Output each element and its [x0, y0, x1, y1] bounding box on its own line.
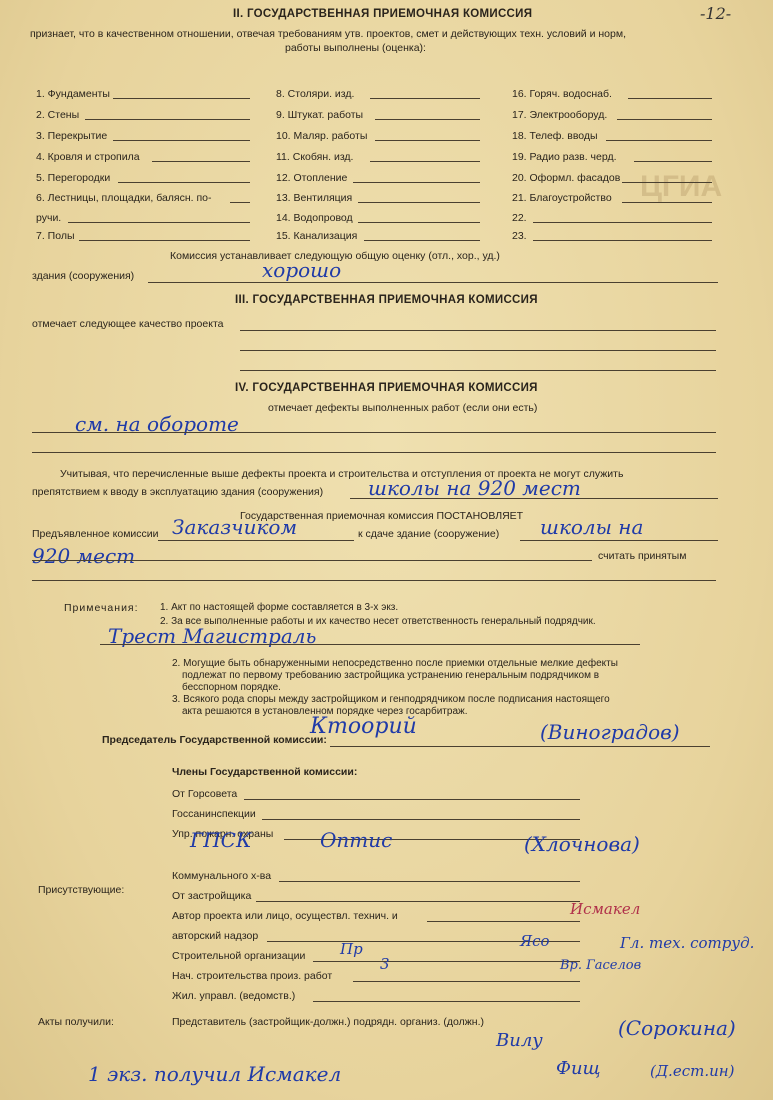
assessment-item-line — [79, 240, 250, 241]
building-label: здания (сооружения) — [32, 270, 134, 282]
signature-line — [353, 981, 580, 982]
chairman-label: Председатель Государственной комиссии: — [102, 734, 327, 746]
assessment-item-label: 2. Стены — [36, 109, 79, 121]
note-3a: 2. Могущие быть обнаруженными непосредст… — [172, 658, 618, 669]
bottom-handwritten-note: 1 экз. получил Исмакел — [88, 1062, 341, 1086]
construction-signature: Пр — [340, 940, 363, 958]
assessment-item-line — [230, 202, 250, 203]
signature-row-label: Автор проекта или лицо, осуществл. техни… — [172, 910, 398, 922]
assessment-item-label: 6. Лестницы, площадки, балясн. по- — [36, 192, 212, 204]
fire-signature: Оптис — [320, 828, 392, 852]
assessment-item-label: 3. Перекрытие — [36, 130, 107, 142]
defects-line-1 — [32, 432, 716, 433]
present-label: Присутствующие: — [38, 884, 124, 896]
rep-signature-2: Фищ — [556, 1058, 601, 1079]
chairman-name: (Виноградов) — [540, 720, 680, 744]
signature-line — [256, 901, 580, 902]
page-number: -12- — [700, 4, 731, 23]
assessment-item-line — [370, 98, 480, 99]
signature-line — [313, 961, 580, 962]
object-line — [520, 540, 718, 541]
assessment-item-label: 18. Телеф. вводы — [512, 130, 598, 142]
conclusion-text-2: препятствием к вводу в эксплуатацию здан… — [32, 486, 323, 498]
assessment-item-label: ручи. — [36, 212, 61, 224]
head-works-signature: 3 — [380, 955, 390, 973]
note-4a: 3. Всякого рода споры между застройщиком… — [172, 694, 610, 705]
representative-label: Представитель (застройщик-должн.) подряд… — [172, 1016, 484, 1028]
assessment-item-line — [68, 222, 250, 223]
chairman-signature: Ктоорий — [310, 714, 417, 739]
contractor-line — [100, 644, 640, 645]
assessment-item-label: 15. Канализация — [276, 230, 357, 242]
defects-label: отмечает дефекты выполненных работ (если… — [268, 402, 537, 414]
rep-name-2: (Д.ест.ин) — [650, 1062, 734, 1080]
assessment-item-label: 22. — [512, 212, 527, 224]
assessment-item-line — [358, 222, 480, 223]
assessment-item-label: 4. Кровля и стропила — [36, 151, 140, 163]
assessment-item-line — [617, 119, 712, 120]
assessment-item-line — [358, 202, 480, 203]
section-2-intro: признает, что в качественном отношении, … — [30, 28, 626, 40]
signature-row-label: Жил. управл. (ведомств.) — [172, 990, 295, 1002]
assessment-item-label: 7. Полы — [36, 230, 75, 242]
assessment-item-label: 19. Радио разв. черд. — [512, 151, 617, 163]
signature-row-label: Госсанинспекции — [172, 808, 256, 820]
assessment-item-label: 14. Водопровод — [276, 212, 353, 224]
construction-signature-2: Ясо — [520, 932, 550, 950]
note-1: 1. Акт по настоящей форме составляется в… — [160, 602, 398, 613]
assessment-item-line — [533, 240, 712, 241]
signature-row-label: авторский надзор — [172, 930, 258, 942]
assessment-item-line — [353, 182, 480, 183]
signature-row-label: Строительной организации — [172, 950, 305, 962]
construction-note-handwritten: Гл. тех. сотруд. — [620, 934, 754, 952]
presented-label: Предъявленное комиссии — [32, 528, 159, 540]
assessment-item-line — [375, 140, 480, 141]
assessment-item-line — [118, 182, 250, 183]
building-name-handwritten: школы на 920 мест — [368, 476, 581, 500]
signature-row-label: От Горсовета — [172, 788, 237, 800]
signature-line — [244, 799, 580, 800]
signature-line — [262, 819, 581, 820]
section-4-title: IV. ГОСУДАРСТВЕННАЯ ПРИЕМОЧНАЯ КОМИССИЯ — [235, 382, 538, 394]
presented-by-line — [158, 540, 354, 541]
acts-received-label: Акты получили: — [38, 1016, 114, 1028]
note-3b: подлежат по первому требованию застройщи… — [182, 670, 599, 681]
assessment-item-label: 10. Маляр. работы — [276, 130, 367, 142]
assessment-item-label: 13. Вентиляция — [276, 192, 352, 204]
project-quality-line-3 — [240, 370, 716, 371]
object-handwritten-a: школы на — [540, 515, 643, 539]
section-2-intro-2: работы выполнены (оценка): — [285, 42, 426, 54]
assessment-item-label: 17. Электрооборуд. — [512, 109, 607, 121]
overall-grade-handwritten: хорошо — [262, 258, 341, 282]
signature-line — [313, 1001, 580, 1002]
assessment-item-line — [606, 140, 712, 141]
project-quality-line-1 — [240, 330, 716, 331]
assessment-item-label: 16. Горяч. водоснаб. — [512, 88, 612, 100]
assessment-item-line — [113, 140, 250, 141]
assessment-item-line — [533, 222, 712, 223]
assessment-item-line — [622, 202, 712, 203]
object-line-2 — [32, 560, 592, 561]
presented-by-handwritten: Заказчиком — [172, 515, 297, 539]
object-handwritten-b: 920 мест — [32, 544, 135, 568]
project-quality-line-2 — [240, 350, 716, 351]
signature-row-label: Нач. строительства произ. работ — [172, 970, 332, 982]
section-2-title: II. ГОСУДАРСТВЕННАЯ ПРИЕМОЧНАЯ КОМИССИЯ — [233, 8, 532, 20]
object-line-3 — [32, 580, 716, 581]
rep-signature-1: Вилу — [496, 1030, 543, 1051]
assessment-item-line — [370, 161, 480, 162]
assessment-item-line — [364, 240, 480, 241]
assessment-item-label: 9. Штукат. работы — [276, 109, 363, 121]
assessment-item-line — [375, 119, 480, 120]
assessment-item-label: 23. — [512, 230, 527, 242]
document-page: ЦГИА -12- II. ГОСУДАРСТВЕННАЯ ПРИЕМОЧНАЯ… — [0, 0, 773, 1100]
note-3c: бесспорном порядке. — [182, 682, 281, 693]
assessment-item-label: 12. Отопление — [276, 172, 347, 184]
defects-line-2 — [32, 452, 716, 453]
members-label: Члены Государственной комиссии: — [172, 766, 357, 778]
fire-name: (Хлочнова) — [524, 832, 640, 856]
assessment-item-label: 21. Благоустройство — [512, 192, 612, 204]
assessment-item-label: 5. Перегородки — [36, 172, 110, 184]
archive-stamp-watermark: ЦГИА — [640, 170, 722, 204]
notes-label: Примечания: — [64, 602, 139, 614]
assessment-item-line — [113, 98, 250, 99]
assessment-item-label: 11. Скобян. изд. — [276, 151, 353, 163]
chairman-line — [330, 746, 710, 747]
assessment-item-line — [628, 98, 712, 99]
assessment-item-label: 1. Фундаменты — [36, 88, 110, 100]
head-works-name-handwritten: Вр. Гаселов — [560, 958, 641, 973]
handover-label: к сдаче здание (сооружение) — [358, 528, 499, 540]
assessment-item-line — [622, 182, 712, 183]
assessment-item-line — [85, 119, 250, 120]
signature-row-label: Коммунального х-ва — [172, 870, 271, 882]
assessment-item-line — [152, 161, 250, 162]
assessment-item-label: 20. Оформл. фасадов — [512, 172, 620, 184]
signature-line — [427, 921, 580, 922]
accepted-label: считать принятым — [598, 550, 686, 562]
author-name-handwritten: Исмакел — [570, 900, 640, 918]
assessment-item-line — [634, 161, 712, 162]
signature-row-label: От застройщика — [172, 890, 251, 902]
fire-handwritten: ГПСК — [190, 828, 251, 852]
project-quality-label: отмечает следующее качество проекта — [32, 318, 223, 330]
assessment-item-label: 8. Столяри. изд. — [276, 88, 354, 100]
section-3-title: III. ГОСУДАРСТВЕННАЯ ПРИЕМОЧНАЯ КОМИССИЯ — [235, 294, 538, 306]
overall-grade-line — [148, 282, 718, 283]
signature-line — [279, 881, 580, 882]
rep-name-1: (Сорокина) — [618, 1016, 736, 1040]
